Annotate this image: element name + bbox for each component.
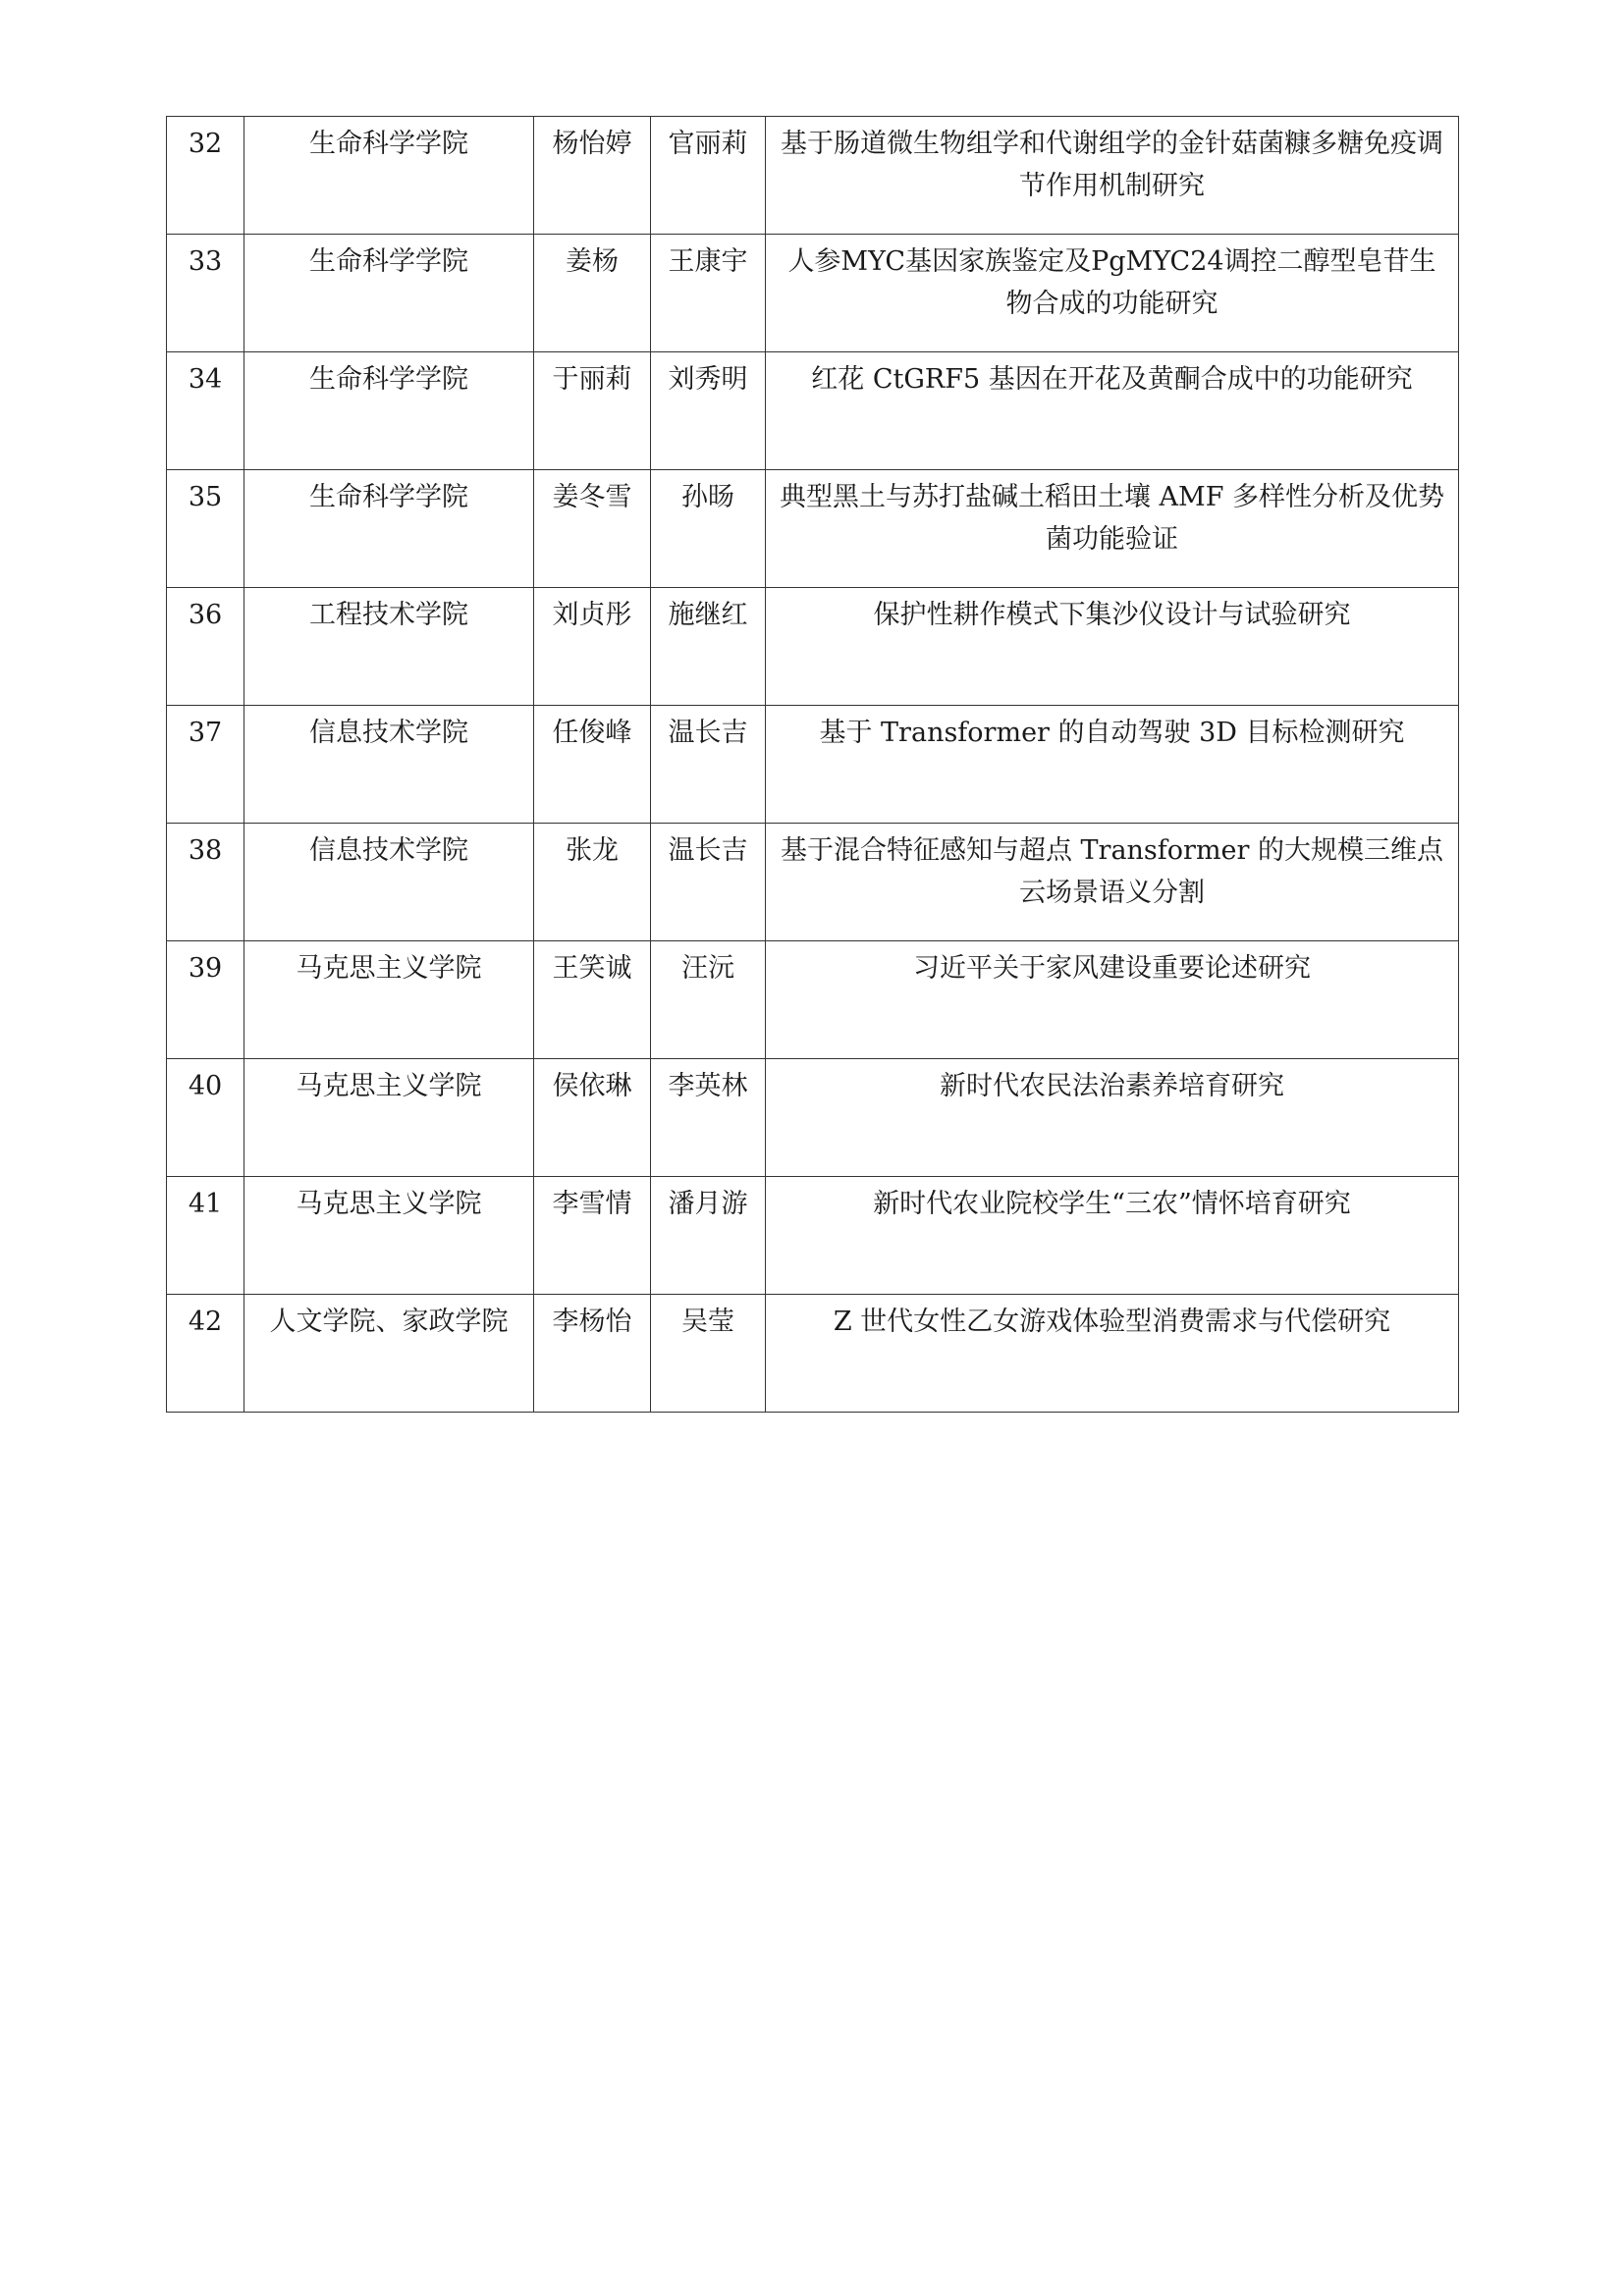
table-row: 34生命科学学院于丽莉刘秀明红花 CtGRF5 基因在开花及黄酮合成中的功能研究 [167, 352, 1459, 470]
student-cell: 杨怡婷 [534, 117, 651, 235]
student-cell: 李雪情 [534, 1177, 651, 1295]
project-title-cell: 典型黑土与苏打盐碱土稻田土壤 AMF 多样性分析及优势菌功能验证 [766, 470, 1459, 588]
college-cell: 人文学院、家政学院 [244, 1295, 534, 1413]
project-title-cell: 基于肠道微生物组学和代谢组学的金针菇菌糠多糖免疫调节作用机制研究 [766, 117, 1459, 235]
table-row: 39马克思主义学院王笑诚汪沅习近平关于家风建设重要论述研究 [167, 941, 1459, 1059]
advisor-cell: 汪沅 [651, 941, 766, 1059]
college-cell: 生命科学学院 [244, 235, 534, 352]
advisor-cell: 王康宇 [651, 235, 766, 352]
advisor-cell: 吴莹 [651, 1295, 766, 1413]
project-title-cell: 新时代农民法治素养培育研究 [766, 1059, 1459, 1177]
row-number: 33 [167, 235, 244, 352]
college-cell: 马克思主义学院 [244, 1059, 534, 1177]
row-number: 42 [167, 1295, 244, 1413]
project-title-cell: 人参MYC基因家族鉴定及PgMYC24调控二醇型皂苷生物合成的功能研究 [766, 235, 1459, 352]
row-number: 39 [167, 941, 244, 1059]
advisor-cell: 温长吉 [651, 706, 766, 824]
table-row: 33生命科学学院姜杨王康宇人参MYC基因家族鉴定及PgMYC24调控二醇型皂苷生… [167, 235, 1459, 352]
table-row: 38信息技术学院张龙温长吉基于混合特征感知与超点 Transformer 的大规… [167, 824, 1459, 941]
row-number: 38 [167, 824, 244, 941]
table-row: 35生命科学学院姜冬雪孙旸典型黑土与苏打盐碱土稻田土壤 AMF 多样性分析及优势… [167, 470, 1459, 588]
student-cell: 王笑诚 [534, 941, 651, 1059]
row-number: 34 [167, 352, 244, 470]
advisor-cell: 刘秀明 [651, 352, 766, 470]
advisor-cell: 温长吉 [651, 824, 766, 941]
advisor-cell: 孙旸 [651, 470, 766, 588]
table-row: 37信息技术学院任俊峰温长吉基于 Transformer 的自动驾驶 3D 目标… [167, 706, 1459, 824]
student-cell: 李杨怡 [534, 1295, 651, 1413]
row-number: 32 [167, 117, 244, 235]
row-number: 36 [167, 588, 244, 706]
college-cell: 信息技术学院 [244, 824, 534, 941]
student-cell: 姜冬雪 [534, 470, 651, 588]
project-title-cell: 基于混合特征感知与超点 Transformer 的大规模三维点云场景语义分割 [766, 824, 1459, 941]
college-cell: 生命科学学院 [244, 470, 534, 588]
college-cell: 马克思主义学院 [244, 1177, 534, 1295]
table-row: 41马克思主义学院李雪情潘月游新时代农业院校学生“三农”情怀培育研究 [167, 1177, 1459, 1295]
table-row: 42人文学院、家政学院李杨怡吴莹Z 世代女性乙女游戏体验型消费需求与代偿研究 [167, 1295, 1459, 1413]
project-title-cell: 基于 Transformer 的自动驾驶 3D 目标检测研究 [766, 706, 1459, 824]
student-cell: 张龙 [534, 824, 651, 941]
project-title-cell: 保护性耕作模式下集沙仪设计与试验研究 [766, 588, 1459, 706]
row-number: 37 [167, 706, 244, 824]
table-row: 40马克思主义学院侯依琳李英林新时代农民法治素养培育研究 [167, 1059, 1459, 1177]
table-row: 32生命科学学院杨怡婷官丽莉基于肠道微生物组学和代谢组学的金针菇菌糠多糖免疫调节… [167, 117, 1459, 235]
row-number: 35 [167, 470, 244, 588]
student-cell: 姜杨 [534, 235, 651, 352]
student-cell: 任俊峰 [534, 706, 651, 824]
project-table: 32生命科学学院杨怡婷官丽莉基于肠道微生物组学和代谢组学的金针菇菌糠多糖免疫调节… [166, 116, 1459, 1413]
student-cell: 于丽莉 [534, 352, 651, 470]
student-cell: 刘贞彤 [534, 588, 651, 706]
college-cell: 信息技术学院 [244, 706, 534, 824]
advisor-cell: 潘月游 [651, 1177, 766, 1295]
advisor-cell: 李英林 [651, 1059, 766, 1177]
row-number: 40 [167, 1059, 244, 1177]
project-title-cell: Z 世代女性乙女游戏体验型消费需求与代偿研究 [766, 1295, 1459, 1413]
row-number: 41 [167, 1177, 244, 1295]
advisor-cell: 施继红 [651, 588, 766, 706]
college-cell: 生命科学学院 [244, 352, 534, 470]
project-title-cell: 红花 CtGRF5 基因在开花及黄酮合成中的功能研究 [766, 352, 1459, 470]
table-row: 36工程技术学院刘贞彤施继红保护性耕作模式下集沙仪设计与试验研究 [167, 588, 1459, 706]
college-cell: 马克思主义学院 [244, 941, 534, 1059]
college-cell: 工程技术学院 [244, 588, 534, 706]
student-cell: 侯依琳 [534, 1059, 651, 1177]
project-title-cell: 新时代农业院校学生“三农”情怀培育研究 [766, 1177, 1459, 1295]
college-cell: 生命科学学院 [244, 117, 534, 235]
advisor-cell: 官丽莉 [651, 117, 766, 235]
project-title-cell: 习近平关于家风建设重要论述研究 [766, 941, 1459, 1059]
